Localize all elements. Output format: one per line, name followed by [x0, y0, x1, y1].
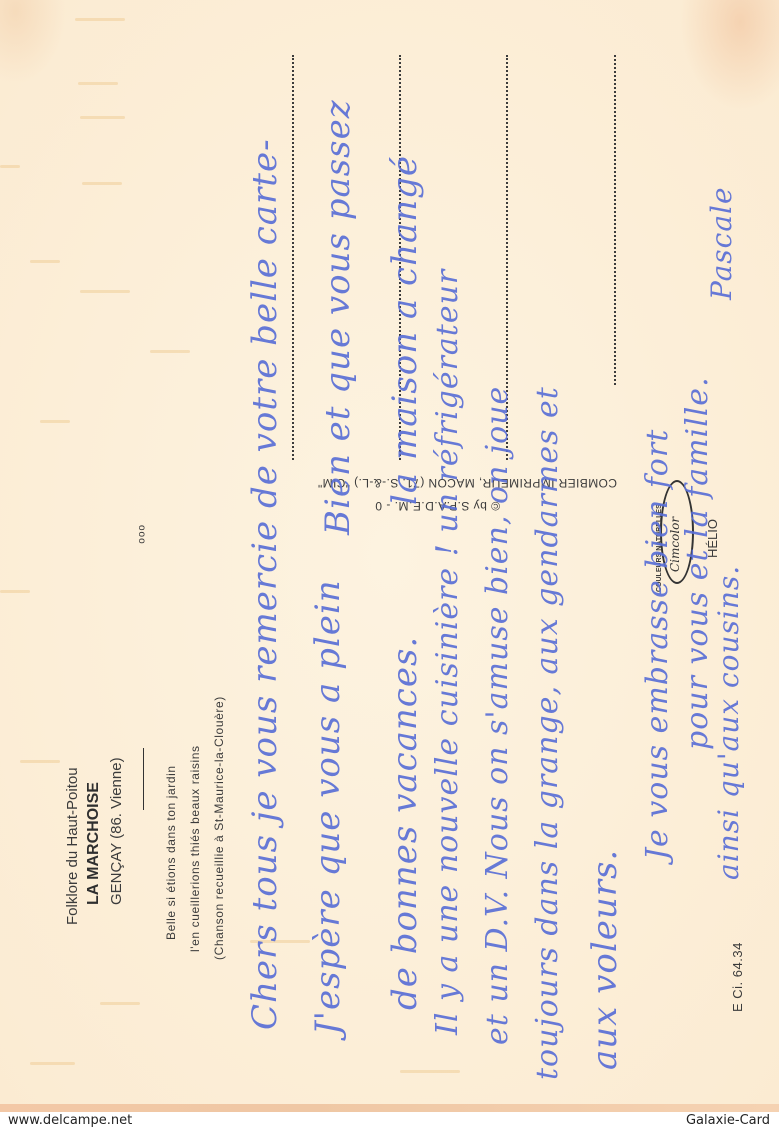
handwriting-line: Bien et que vous passez: [318, 99, 358, 535]
card-bottom-edge: [0, 1104, 779, 1112]
paper-texture: [20, 760, 60, 763]
publisher-line1: COMBIER IMPRIMEUR, MACON (71. S.-&-L.) "…: [318, 476, 617, 490]
address-line-4: [614, 55, 616, 385]
paper-texture: [400, 1070, 460, 1073]
paper-texture: [75, 18, 125, 21]
paper-texture: [80, 290, 130, 293]
handwriting-line: Chers tous je vous remercie de votre bel…: [245, 138, 285, 1030]
paper-texture: [100, 1002, 140, 1005]
address-line-1: [292, 55, 294, 460]
paper-texture: [0, 590, 30, 593]
ornament: ooo: [136, 525, 147, 545]
handwriting-line: toujours dans la grange, aux gendarmes e…: [530, 386, 565, 1080]
paper-texture: [0, 165, 20, 168]
source-site-link[interactable]: www.delcampe.net: [8, 1113, 132, 1128]
paper-texture: [80, 116, 125, 119]
handwriting-line: ainsi qu'aux cousins.: [712, 565, 745, 880]
handwriting-line: aux voleurs.: [585, 849, 625, 1070]
paper-texture: [78, 82, 118, 85]
watermark-bar: www.delcampe.net Galaxie-Card: [0, 1112, 779, 1131]
paper-texture: [150, 350, 190, 353]
handwriting-line: de bonnes vacances.: [385, 636, 425, 1010]
handwriting-line: J'espère que vous a plein: [308, 579, 348, 1035]
caption-title: LA MARCHOISE: [85, 782, 103, 905]
handwriting-line: Il y a une nouvelle cuisinière ! un réfr…: [430, 269, 465, 1035]
seller-name: Galaxie-Card: [686, 1113, 770, 1128]
handwriting-line: la maison a changé: [385, 155, 425, 505]
caption-rule: [143, 748, 144, 810]
caption-line1: Folklore du Haut-Poitou: [64, 767, 81, 925]
paper-texture: [82, 182, 122, 185]
caption-verse1: Belle si étions dans ton jardin: [164, 765, 178, 940]
paper-texture: [30, 1062, 75, 1065]
handwriting-line: Je vous embrasse bien fort: [640, 429, 675, 860]
handwriting-line: et un D.V. Nous on s'amuse bien, on joue: [480, 386, 515, 1045]
signature: Pascale: [705, 186, 738, 300]
handwriting-line: pour vous et la famille.: [680, 376, 715, 750]
caption-place: GENÇAY (86. Vienne): [108, 757, 125, 905]
paper-texture: [40, 420, 70, 423]
caption-verse2: l'en cueillerions thiés beaux raisins: [188, 745, 202, 952]
postcard-back: Folklore du Haut-Poitou LA MARCHOISE GEN…: [0, 0, 779, 1112]
paper-texture: [30, 260, 60, 263]
ref-code: E Ci. 64.34: [730, 942, 745, 1012]
caption-note: (Chanson recueillie à St-Maurice-la-Clou…: [212, 696, 226, 960]
